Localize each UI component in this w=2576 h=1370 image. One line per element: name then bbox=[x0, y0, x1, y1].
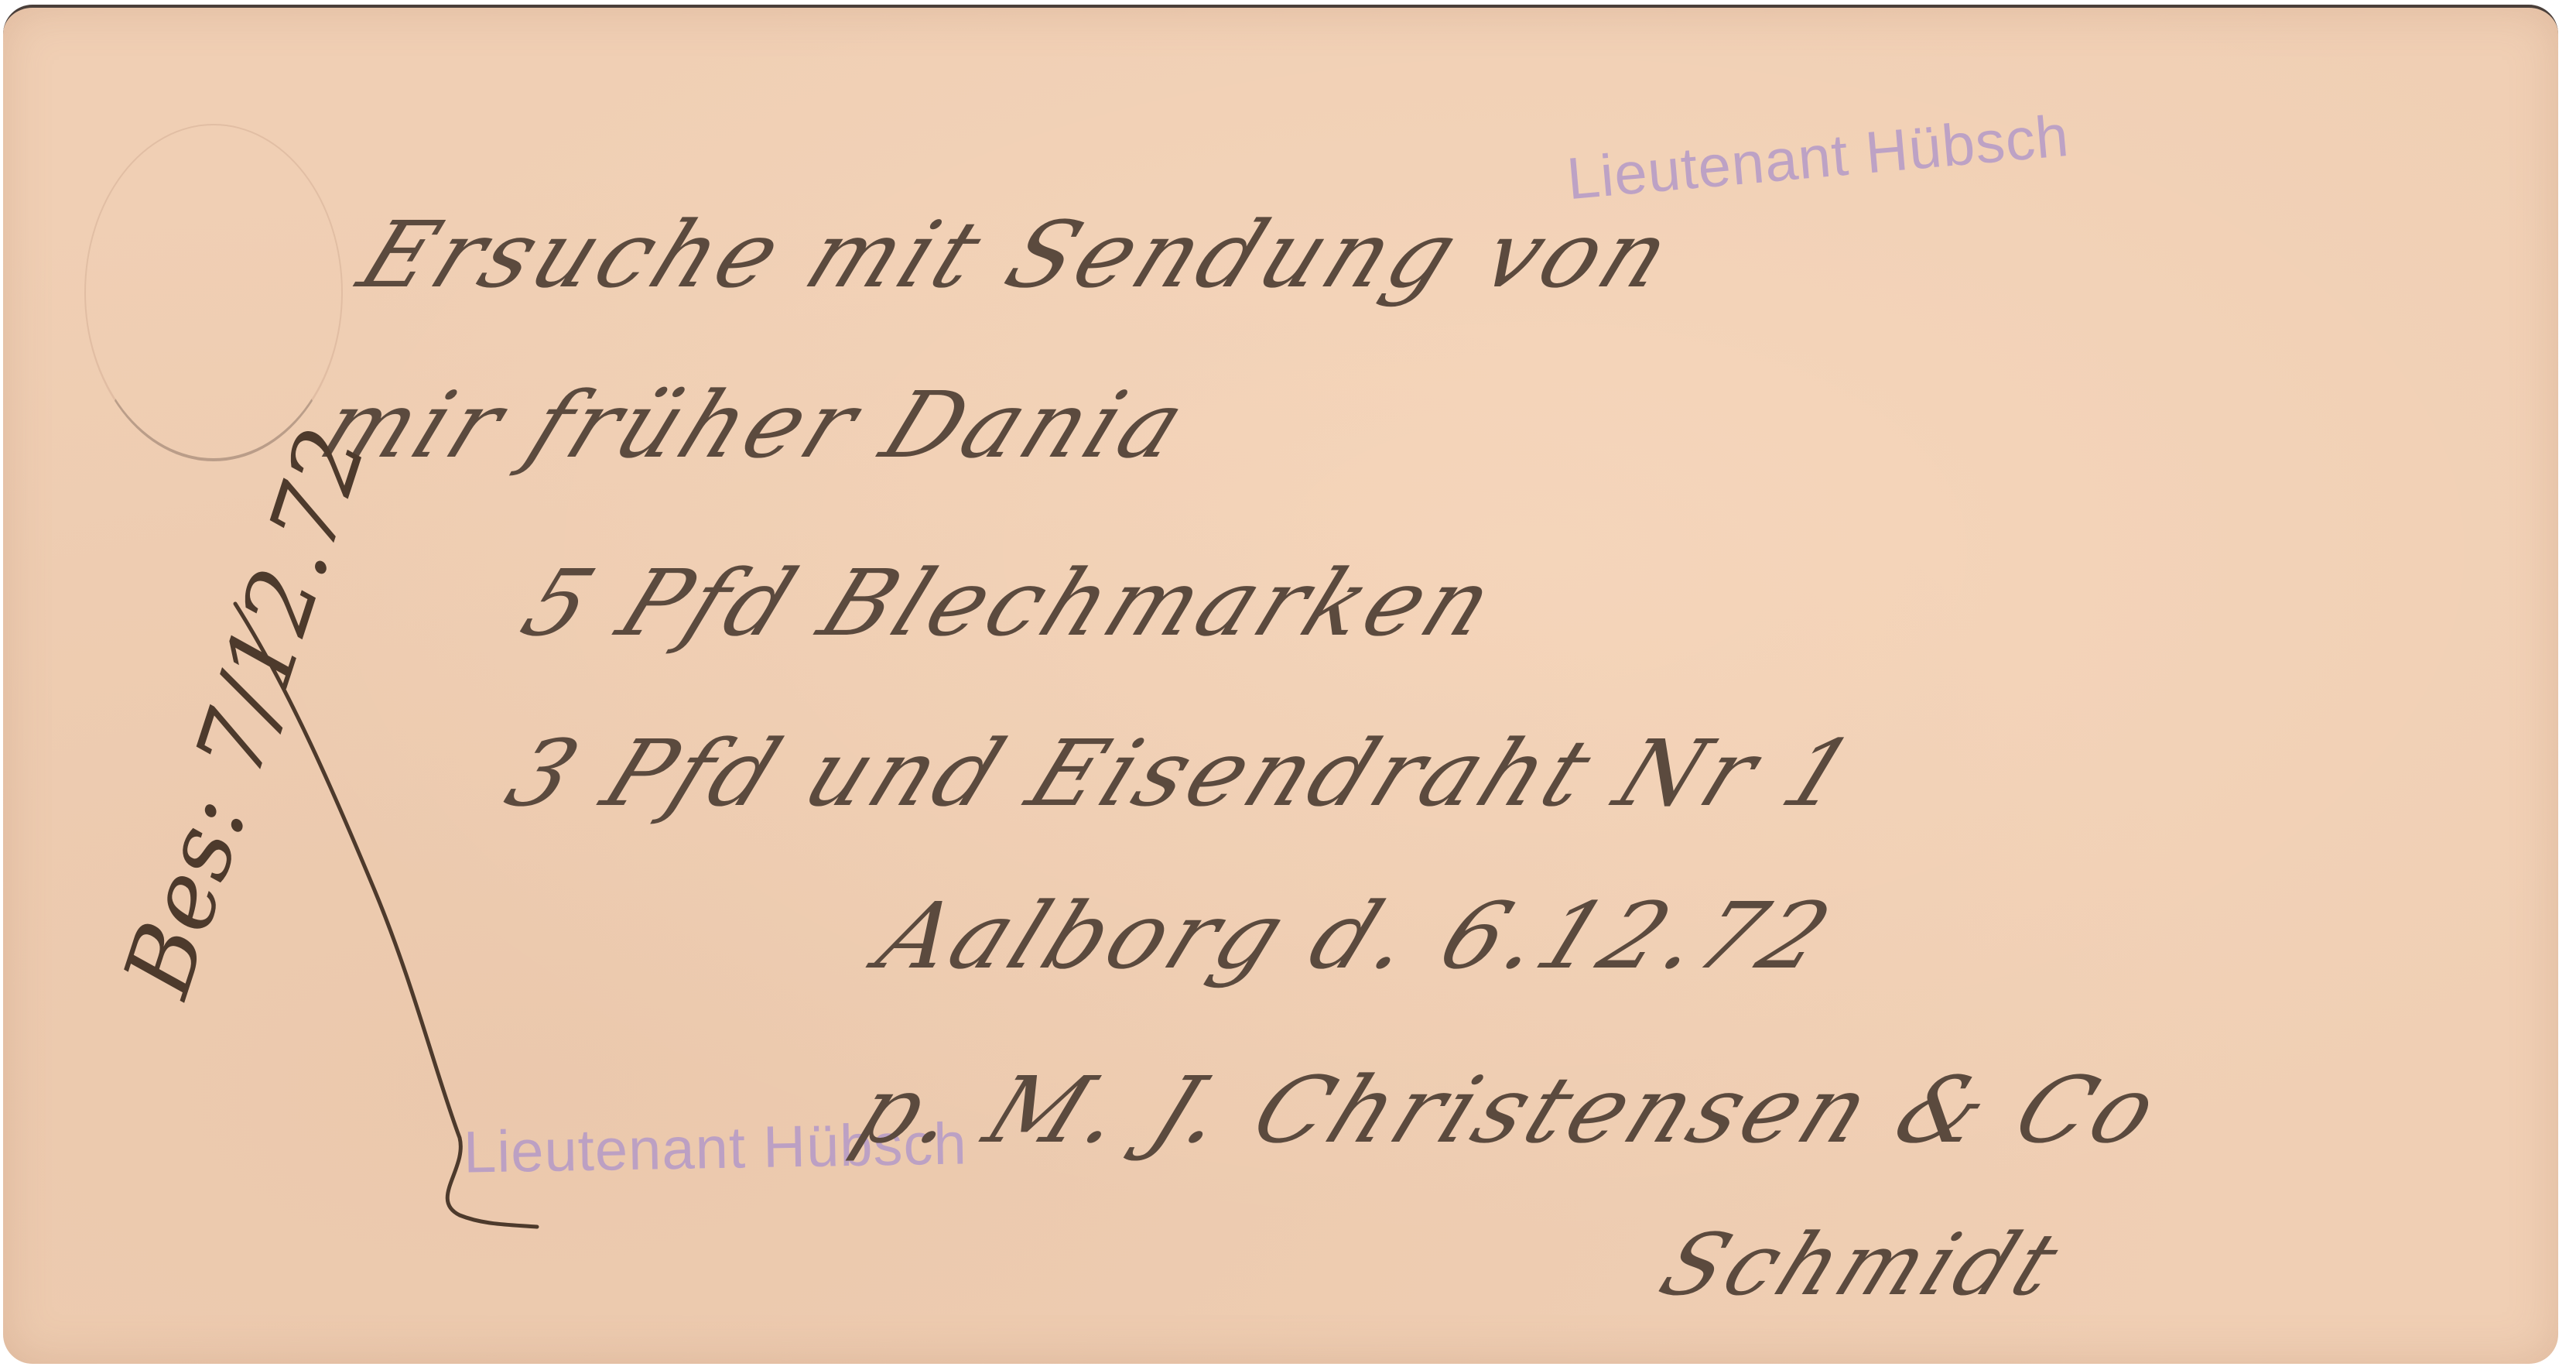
embossed-seal-impression bbox=[84, 124, 343, 461]
sender-firm-line: p. M. J. Christensen & Co bbox=[840, 1057, 2177, 1163]
place-date-line: Aalborg d. 6.12.72 bbox=[864, 882, 1849, 989]
signature: Schmidt bbox=[1647, 1215, 2077, 1314]
handwritten-line-4: 3 Pfd und Eisendraht Nr 1 bbox=[492, 720, 1873, 827]
handwritten-line-2: mir früher Dania bbox=[306, 372, 1204, 478]
stamp-lieutenant-huebsch-top: Lieutenant Hübsch bbox=[1564, 102, 2071, 213]
handwritten-line-3: 5 Pfd Blechmarken bbox=[508, 550, 1513, 656]
postcard: Lieutenant Hübsch Lieutenant Hübsch Ersu… bbox=[3, 5, 2558, 1364]
handwritten-line-1: Ersuche mit Sendung von bbox=[345, 201, 1690, 308]
